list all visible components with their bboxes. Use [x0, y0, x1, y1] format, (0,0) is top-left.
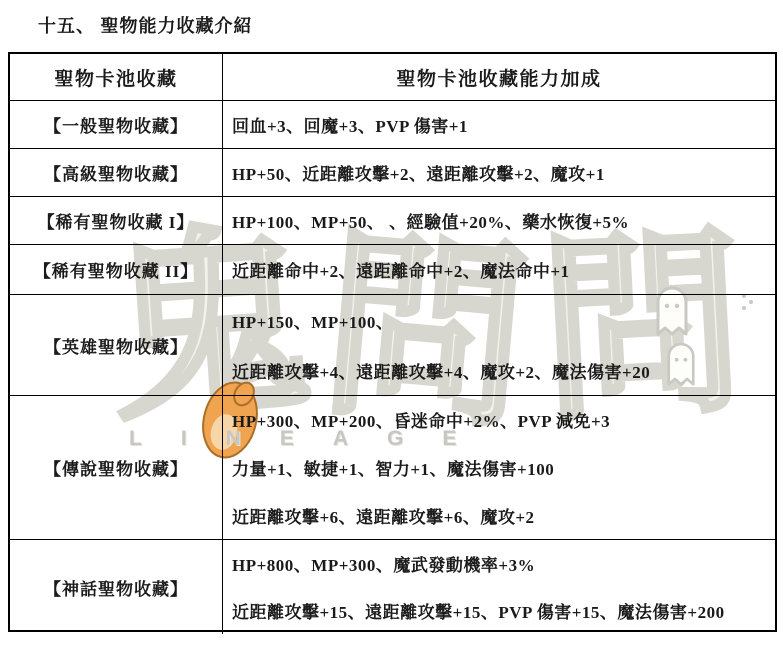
row-label-rare-2: 【稀有聖物收藏 II】: [10, 245, 223, 295]
relic-collection-table: 聖物卡池收藏 聖物卡池收藏能力加成 【一般聖物收藏】 回血+3、回魔+3、PVP…: [8, 52, 777, 632]
bonus-line: 回血+3、回魔+3、PVP 傷害+1: [232, 112, 771, 137]
bonus-line: 近距離命中+2、遠距離命中+2、魔法命中+1: [232, 257, 771, 282]
bonus-line: HP+150、MP+100、: [232, 308, 771, 333]
row-label-advanced: 【高級聖物收藏】: [10, 149, 223, 197]
bonus-line: 力量+1、敏捷+1、智力+1、魔法傷害+100: [232, 455, 771, 480]
row-value-rare-2: 近距離命中+2、遠距離命中+2、魔法命中+1: [223, 245, 775, 295]
bonus-line: 近距離攻擊+6、遠距離攻擊+6、魔攻+2: [232, 503, 771, 528]
bonus-line: HP+800、MP+300、魔武發動機率+3%: [232, 551, 771, 576]
row-label-rare-1: 【稀有聖物收藏 I】: [10, 197, 223, 245]
row-value-hero: HP+150、MP+100、 近距離攻擊+4、遠距離攻擊+4、魔攻+2、魔法傷害…: [223, 295, 775, 396]
bonus-line: HP+100、MP+50、 、經驗值+20%、藥水恢復+5%: [232, 208, 771, 233]
row-label-legend: 【傳說聖物收藏】: [10, 396, 223, 540]
bonus-line: HP+300、MP+200、昏迷命中+2%、PVP 減免+3: [232, 407, 771, 432]
bonus-line: 近距離攻擊+15、遠距離攻擊+15、PVP 傷害+15、魔法傷害+200: [232, 598, 771, 623]
row-value-normal: 回血+3、回魔+3、PVP 傷害+1: [223, 101, 775, 149]
page-title: 十五、 聖物能力收藏介紹: [38, 12, 253, 38]
row-label-myth: 【神話聖物收藏】: [10, 540, 223, 634]
bonus-line: 近距離攻擊+4、遠距離攻擊+4、魔攻+2、魔法傷害+20: [232, 358, 771, 383]
row-value-myth: HP+800、MP+300、魔武發動機率+3% 近距離攻擊+15、遠距離攻擊+1…: [223, 540, 775, 634]
row-label-normal: 【一般聖物收藏】: [10, 101, 223, 149]
row-value-advanced: HP+50、近距離攻擊+2、遠距離攻擊+2、魔攻+1: [223, 149, 775, 197]
row-value-legend: HP+300、MP+200、昏迷命中+2%、PVP 減免+3 力量+1、敏捷+1…: [223, 396, 775, 540]
table-header-bonus: 聖物卡池收藏能力加成: [223, 54, 775, 101]
row-value-rare-1: HP+100、MP+50、 、經驗值+20%、藥水恢復+5%: [223, 197, 775, 245]
row-label-hero: 【英雄聖物收藏】: [10, 295, 223, 396]
document-page: 鬼問問 LINEAGE 十五、 聖物能力收藏介紹 聖物卡池收藏 聖物卡池收: [0, 0, 783, 650]
table-header-collection: 聖物卡池收藏: [10, 54, 223, 101]
bonus-line: HP+50、近距離攻擊+2、遠距離攻擊+2、魔攻+1: [232, 160, 771, 185]
